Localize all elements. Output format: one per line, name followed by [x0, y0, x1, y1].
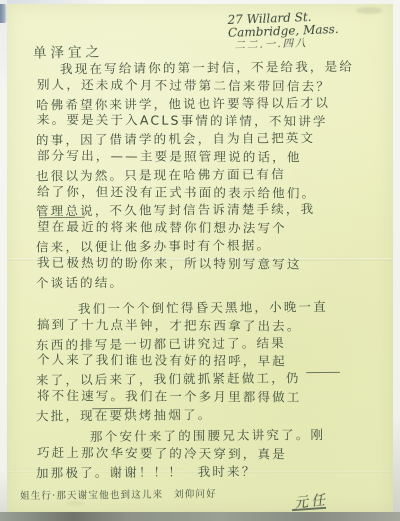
paragraph-3: 那个安什来了的围腰兄太讲究了。刚 巧赶上那次华安要了的冷天穿到，真是 加那极了。… [36, 427, 388, 480]
scan-edge-left [0, 0, 7, 521]
sender-address-block: 27 Willard St. Cambridge, Mass. 二二.一.四八 [227, 10, 339, 53]
letter-paper: 27 Willard St. Cambridge, Mass. 二二.一.四八 … [6, 3, 393, 513]
postscript-line: 姐生行·那天谢宝他也到这儿来 刘仰问好 [20, 486, 217, 502]
scan-edge-right [393, 0, 400, 521]
scan-smudge [66, 501, 84, 506]
scan-band-bottom [0, 512, 400, 521]
paragraph-2: 我们一个个倒忙得昏天黑地，小晚一直 搞到了十九点半钟，才把东西拿了出去。 东西的… [36, 299, 388, 424]
scan-edge-top [0, 0, 400, 4]
letter-line: 我已极热切的盼你来，所以特别写意写这 [37, 254, 389, 274]
letter-line: 个谈话的结。 [36, 271, 388, 292]
letter-line: 加那极了。谢谢！！！ 我时来？ [36, 461, 388, 482]
letter-line: 巧赶上那次华安要了的冷天穿到，真是 [37, 444, 389, 464]
paragraph-1: 我现在写给请你的第一封信，不是给我，是给 别人，还未成个月不过带第二信来带回信去… [36, 59, 388, 290]
scan-corner-mark [0, 4, 7, 23]
letter-line: 也很以为然。只是现在哈佛方面已有信 [36, 164, 388, 185]
letter-line: 大批，现在要烘烤抽烟了。 [36, 404, 388, 425]
letter-date: 二二.一.四八 [228, 36, 339, 53]
letter-line: 搞到了十九点半钟，才把东西拿了出去。 [37, 316, 389, 336]
scan-smudge [356, 7, 382, 14]
letter-line: 别人，还未成个月不过带第二信来带回信去？ [37, 76, 389, 96]
